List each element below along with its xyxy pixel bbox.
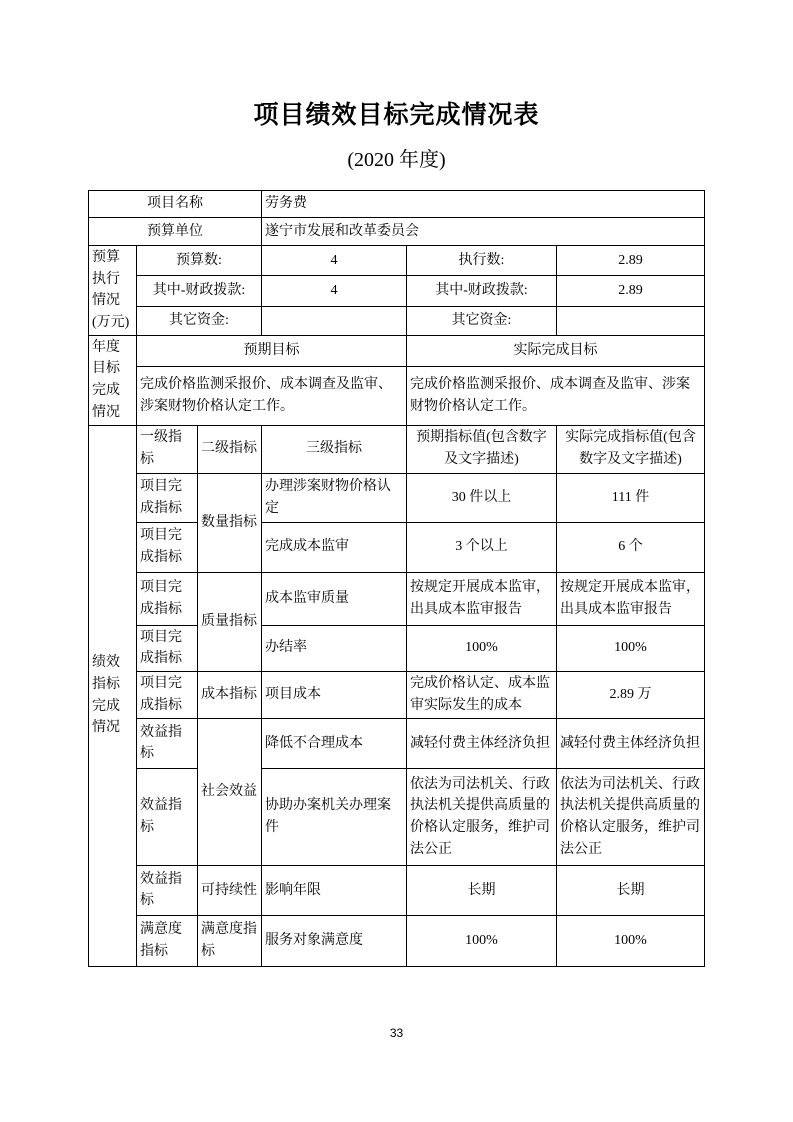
cell-actual: 减轻付费主体经济负担 [556, 718, 704, 768]
cell-expected-goal-header: 预期目标 [136, 335, 406, 366]
table-row: 完成价格监测采报价、成本调查及监审、涉案财物价格认定工作。 完成价格监测采报价、… [88, 366, 704, 425]
cell-expected: 依法为司法机关、行政执法机关提供高质量的价格认定服务，维护司法公正 [406, 768, 556, 865]
cell-budget-label-right: 其中-财政拨款: [406, 276, 556, 306]
cell-level1: 效益指标 [136, 718, 197, 768]
table-row: 满意度指标 满意度指标 服务对象满意度 100% 100% [88, 915, 704, 966]
cell-budget-value-left: 4 [261, 276, 406, 306]
cell-expected: 30 件以上 [406, 473, 556, 522]
cell-level3: 影响年限 [261, 865, 406, 915]
table-row: 预算单位 遂宁市发展和改革委员会 [88, 218, 704, 246]
cell-budget-value-right: 2.89 [556, 246, 704, 276]
cell-budget-label-left: 其中-财政拨款: [136, 276, 261, 306]
performance-table: 项目名称 劳务费 预算单位 遂宁市发展和改革委员会 预算执行情况(万元) 预算数… [88, 190, 705, 967]
cell-budget-value-left: 4 [261, 246, 406, 276]
cell-expected: 减轻付费主体经济负担 [406, 718, 556, 768]
cell-level3: 项目成本 [261, 671, 406, 718]
cell-actual: 长期 [556, 865, 704, 915]
cell-level1: 项目完成指标 [136, 671, 197, 718]
table-row: 项目完成指标 质量指标 成本监审质量 按规定开展成本监审，出具成本监审报告 按规… [88, 572, 704, 625]
section-label-performance-indicators: 绩效指标完成情况 [88, 425, 136, 966]
cell-level2: 数量指标 [197, 473, 261, 572]
cell-level1: 效益指标 [136, 865, 197, 915]
cell-budget-label-right: 其它资金: [406, 306, 556, 335]
table-row: 预算执行情况(万元) 预算数: 4 执行数: 2.89 [88, 246, 704, 276]
cell-project-name-value: 劳务费 [261, 191, 704, 218]
doc-title: 项目绩效目标完成情况表 [0, 0, 793, 132]
cell-level2: 可持续性 [197, 865, 261, 915]
cell-level3: 办理涉案财物价格认定 [261, 473, 406, 522]
cell-level1: 项目完成指标 [136, 522, 197, 572]
header-level1: 一级指标 [136, 425, 197, 473]
cell-budget-unit-value: 遂宁市发展和改革委员会 [261, 218, 704, 246]
table-row: 绩效指标完成情况 一级指标 二级指标 三级指标 预期指标值(包含数字及文字描述)… [88, 425, 704, 473]
cell-expected: 完成价格认定、成本监审实际发生的成本 [406, 671, 556, 718]
table-row: 项目名称 劳务费 [88, 191, 704, 218]
table-row: 年度目标完成情况 预期目标 实际完成目标 [88, 335, 704, 366]
cell-budget-label-right: 执行数: [406, 246, 556, 276]
cell-level1: 项目完成指标 [136, 473, 197, 522]
cell-level1: 效益指标 [136, 768, 197, 865]
cell-actual: 依法为司法机关、行政执法机关提供高质量的价格认定服务，维护司法公正 [556, 768, 704, 865]
cell-actual: 111 件 [556, 473, 704, 522]
cell-level3: 协助办案机关办理案件 [261, 768, 406, 865]
cell-budget-label-left: 预算数: [136, 246, 261, 276]
document-page: 项目绩效目标完成情况表 (2020 年度) 项目名称 劳务费 预算单位 遂宁市发… [0, 0, 793, 1122]
table-row: 项目完成指标 完成成本监审 3 个以上 6 个 [88, 522, 704, 572]
table-row: 其它资金: 其它资金: [88, 306, 704, 335]
table-row: 效益指标 可持续性 影响年限 长期 长期 [88, 865, 704, 915]
cell-expected: 100% [406, 625, 556, 671]
cell-budget-unit-label: 预算单位 [88, 218, 261, 246]
table-row: 项目完成指标 数量指标 办理涉案财物价格认定 30 件以上 111 件 [88, 473, 704, 522]
cell-level2: 满意度指标 [197, 915, 261, 966]
cell-expected-goal-text: 完成价格监测采报价、成本调查及监审、涉案财物价格认定工作。 [136, 366, 406, 425]
table-row: 效益指标 社会效益 降低不合理成本 减轻付费主体经济负担 减轻付费主体经济负担 [88, 718, 704, 768]
header-level3: 三级指标 [261, 425, 406, 473]
cell-project-name-label: 项目名称 [88, 191, 261, 218]
cell-actual-goal-text: 完成价格监测采报价、成本调查及监审、涉案财物价格认定工作。 [406, 366, 704, 425]
cell-actual: 100% [556, 625, 704, 671]
cell-level1: 项目完成指标 [136, 625, 197, 671]
cell-level2: 质量指标 [197, 572, 261, 671]
cell-level1: 满意度指标 [136, 915, 197, 966]
doc-subtitle: (2020 年度) [0, 146, 793, 174]
cell-level3: 降低不合理成本 [261, 718, 406, 768]
cell-expected: 100% [406, 915, 556, 966]
cell-budget-value-left [261, 306, 406, 335]
cell-level2: 社会效益 [197, 718, 261, 865]
cell-budget-label-left: 其它资金: [136, 306, 261, 335]
section-label-annual-goal: 年度目标完成情况 [88, 335, 136, 425]
cell-level3: 办结率 [261, 625, 406, 671]
table-row: 其中-财政拨款: 4 其中-财政拨款: 2.89 [88, 276, 704, 306]
table-row: 项目完成指标 办结率 100% 100% [88, 625, 704, 671]
cell-actual: 按规定开展成本监审，出具成本监审报告 [556, 572, 704, 625]
cell-level3: 成本监审质量 [261, 572, 406, 625]
table-row: 项目完成指标 成本指标 项目成本 完成价格认定、成本监审实际发生的成本 2.89… [88, 671, 704, 718]
cell-expected: 按规定开展成本监审，出具成本监审报告 [406, 572, 556, 625]
header-level2: 二级指标 [197, 425, 261, 473]
cell-actual: 100% [556, 915, 704, 966]
cell-level1: 项目完成指标 [136, 572, 197, 625]
cell-level3: 服务对象满意度 [261, 915, 406, 966]
cell-actual: 6 个 [556, 522, 704, 572]
section-label-budget-execution: 预算执行情况(万元) [88, 246, 136, 336]
cell-actual: 2.89 万 [556, 671, 704, 718]
cell-actual-goal-header: 实际完成目标 [406, 335, 704, 366]
cell-budget-value-right: 2.89 [556, 276, 704, 306]
page-number: 33 [0, 1026, 793, 1040]
header-expected: 预期指标值(包含数字及文字描述) [406, 425, 556, 473]
cell-budget-value-right [556, 306, 704, 335]
cell-level2: 成本指标 [197, 671, 261, 718]
cell-expected: 3 个以上 [406, 522, 556, 572]
table-row: 效益指标 协助办案机关办理案件 依法为司法机关、行政执法机关提供高质量的价格认定… [88, 768, 704, 865]
cell-expected: 长期 [406, 865, 556, 915]
cell-level3: 完成成本监审 [261, 522, 406, 572]
header-actual: 实际完成指标值(包含数字及文字描述) [556, 425, 704, 473]
